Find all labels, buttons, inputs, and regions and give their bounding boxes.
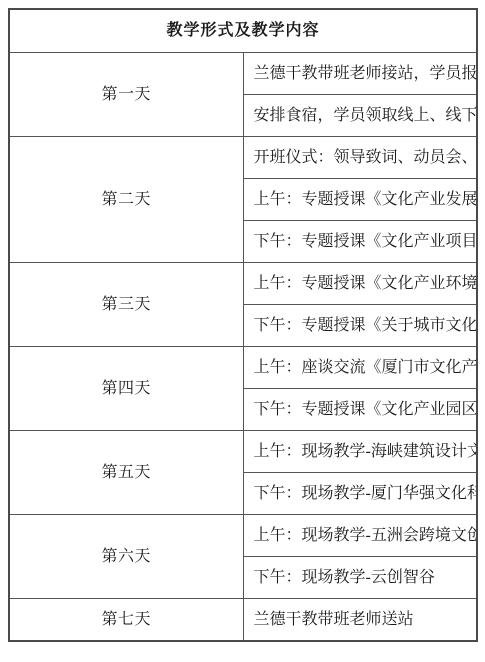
schedule-item: 上午：专题授课《文化产业环境培育与发展》 — [243, 263, 477, 305]
table-row: 第四天 上午：座谈交流《厦门市文化产业发展经验介绍》 — [9, 347, 477, 389]
schedule-item: 上午：座谈交流《厦门市文化产业发展经验介绍》 — [243, 347, 477, 389]
schedule-item: 安排食宿，学员领取线上、线下培训资料 — [243, 95, 477, 137]
day-label-6: 第六天 — [9, 515, 243, 599]
schedule-item: 开班仪式：领导致词、动员会、合影 — [243, 137, 477, 179]
schedule-item: 兰德干教带班老师送站 — [243, 599, 477, 642]
table-row: 第六天 上午：现场教学-五洲会跨境文创园 — [9, 515, 477, 557]
table-row: 第一天 兰德干教带班老师接站，学员报到 — [9, 53, 477, 95]
table-row: 第七天 兰德干教带班老师送站 — [9, 599, 477, 642]
title-row: 教学形式及教学内容 — [9, 9, 477, 53]
day-label-7: 第七天 — [9, 599, 243, 642]
table-row: 第五天 上午：现场教学-海峡建筑设计文创园 — [9, 431, 477, 473]
day-label-5: 第五天 — [9, 431, 243, 515]
schedule-item: 上午：现场教学-五洲会跨境文创园 — [243, 515, 477, 557]
day-label-2: 第二天 — [9, 137, 243, 263]
table-row: 第三天 上午：专题授课《文化产业环境培育与发展》 — [9, 263, 477, 305]
document-page: 教学形式及教学内容 第一天 兰德干教带班老师接站，学员报到 安排食宿，学员领取线… — [0, 0, 485, 662]
day-label-3: 第三天 — [9, 263, 243, 347]
schedule-item: 下午：现场教学-厦门华强文化科技产业基地 — [243, 473, 477, 515]
schedule-item: 下午：现场教学-云创智谷 — [243, 557, 477, 599]
schedule-item: 上午：现场教学-海峡建筑设计文创园 — [243, 431, 477, 473]
schedule-item: 下午：专题授课《关于城市文化软实力建设》 — [243, 305, 477, 347]
schedule-item: 下午：专题授课《文化产业项目招商引资与融资》 — [243, 221, 477, 263]
table-row: 第二天 开班仪式：领导致词、动员会、合影 — [9, 137, 477, 179]
day-label-4: 第四天 — [9, 347, 243, 431]
schedule-item: 上午：专题授课《文化产业发展现状趋势与战略规划》 — [243, 179, 477, 221]
teaching-schedule-table: 教学形式及教学内容 第一天 兰德干教带班老师接站，学员报到 安排食宿，学员领取线… — [8, 8, 478, 642]
schedule-item: 下午：专题授课《文化产业园区建设与运营管理》 — [243, 389, 477, 431]
schedule-item: 兰德干教带班老师接站，学员报到 — [243, 53, 477, 95]
day-label-1: 第一天 — [9, 53, 243, 137]
table-title: 教学形式及教学内容 — [9, 9, 477, 53]
